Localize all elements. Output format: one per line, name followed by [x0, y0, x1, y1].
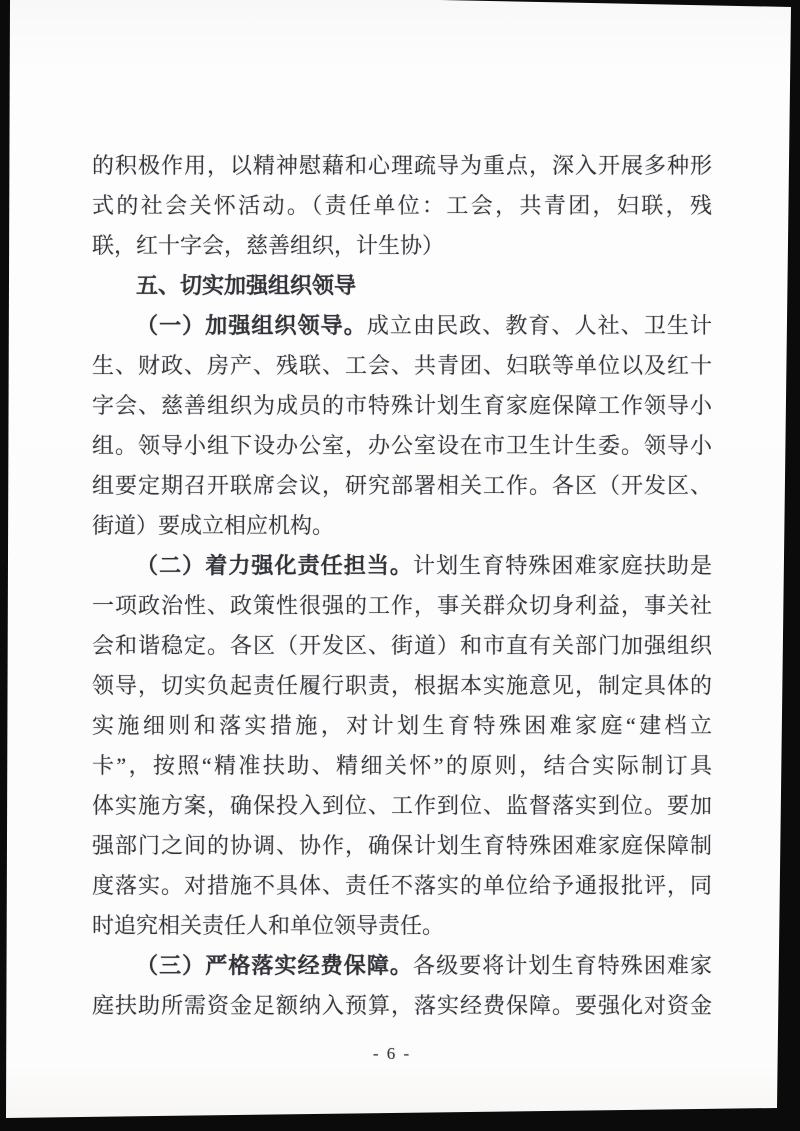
- doc-text: 实施细则和落实措施，对计划生育特殊困难家庭“建档立: [92, 713, 712, 738]
- doc-text: 度落实。对措施不具体、责任不落实的单位给予通报批评，同: [92, 873, 712, 898]
- doc-text: 生、财政、房产、残联、工会、共青团、妇联等单位以及红十: [92, 353, 712, 378]
- doc-line: 会和谐稳定。各区（开发区、街道）和市直有关部门加强组织: [92, 626, 712, 666]
- doc-line: 式的社会关怀活动。（责任单位：工会，共青团，妇联，残: [92, 186, 712, 226]
- doc-line: 度落实。对措施不具体、责任不落实的单位给予通报批评，同: [92, 866, 712, 906]
- doc-line: 街道）要成立相应机构。: [92, 506, 712, 546]
- doc-text: 卡”，按照“精准扶助、精细关怀”的原则，结合实际制订具: [92, 753, 712, 778]
- doc-text-emphasis: 五、切实加强组织领导: [136, 273, 356, 298]
- doc-text: 会和谐稳定。各区（开发区、街道）和市直有关部门加强组织: [92, 633, 712, 658]
- doc-text-emphasis: （二）着力强化责任担当。: [136, 553, 413, 578]
- doc-text: 组。领导小组下设办公室，办公室设在市卫生计生委。领导小: [92, 433, 712, 458]
- doc-text: 强部门之间的协调、协作，确保计划生育特殊困难家庭保障制: [92, 833, 712, 858]
- doc-text: 成立由民政、教育、人社、卫生计: [367, 313, 712, 338]
- doc-line: 领导，切实负起责任履行职责，根据本实施意见，制定具体的: [92, 666, 712, 706]
- doc-text: 一项政治性、政策性很强的工作，事关群众切身利益，事关社: [92, 593, 712, 618]
- doc-line: 实施细则和落实措施，对计划生育特殊困难家庭“建档立: [92, 706, 712, 746]
- doc-text: 庭扶助所需资金足额纳入预算，落实经费保障。要强化对资金: [92, 993, 712, 1018]
- doc-line: 字会、慈善组织为成员的市特殊计划生育家庭保障工作领导小: [92, 386, 712, 426]
- doc-line: 体实施方案，确保投入到位、工作到位、监督落实到位。要加: [92, 786, 712, 826]
- doc-text: 式的社会关怀活动。（责任单位：工会，共青团，妇联，残: [92, 193, 712, 218]
- doc-text: 计划生育特殊困难家庭扶助是: [413, 553, 712, 578]
- doc-text: 领导，切实负起责任履行职责，根据本实施意见，制定具体的: [92, 673, 712, 698]
- doc-text: 字会、慈善组织为成员的市特殊计划生育家庭保障工作领导小: [92, 393, 712, 418]
- doc-text: 街道）要成立相应机构。: [92, 513, 334, 538]
- doc-line: 联，红十字会，慈善组织，计生协）: [92, 226, 712, 266]
- doc-text: 组要定期召开联席会议，研究部署相关工作。各区（开发区、: [92, 473, 712, 498]
- doc-text: 联，红十字会，慈善组织，计生协）: [92, 233, 444, 258]
- doc-line: 时追究相关责任人和单位领导责任。: [92, 906, 712, 946]
- doc-line: 组。领导小组下设办公室，办公室设在市卫生计生委。领导小: [92, 426, 712, 466]
- doc-text-emphasis: （一）加强组织领导。: [136, 313, 367, 338]
- doc-line: 的积极作用，以精神慰藉和心理疏导为重点，深入开展多种形: [92, 146, 712, 186]
- doc-line: 强部门之间的协调、协作，确保计划生育特殊困难家庭保障制: [92, 826, 712, 866]
- doc-text-emphasis: （三）严格落实经费保障。: [136, 953, 413, 978]
- doc-text: 的积极作用，以精神慰藉和心理疏导为重点，深入开展多种形: [92, 153, 712, 178]
- document-lines: 的积极作用，以精神慰藉和心理疏导为重点，深入开展多种形式的社会关怀活动。（责任单…: [92, 146, 712, 1026]
- doc-line: （二）着力强化责任担当。计划生育特殊困难家庭扶助是: [92, 546, 712, 586]
- doc-text: 时追究相关责任人和单位领导责任。: [92, 913, 444, 938]
- doc-line: 生、财政、房产、残联、工会、共青团、妇联等单位以及红十: [92, 346, 712, 386]
- doc-line: 组要定期召开联席会议，研究部署相关工作。各区（开发区、: [92, 466, 712, 506]
- doc-line: （一）加强组织领导。成立由民政、教育、人社、卫生计: [92, 306, 712, 346]
- doc-line: 五、切实加强组织领导: [92, 266, 712, 306]
- doc-text: 各级要将计划生育特殊困难家: [413, 953, 712, 978]
- page-number: - 6 -: [0, 1044, 784, 1064]
- doc-line: 一项政治性、政策性很强的工作，事关群众切身利益，事关社: [92, 586, 712, 626]
- doc-line: 卡”，按照“精准扶助、精细关怀”的原则，结合实际制订具: [92, 746, 712, 786]
- doc-line: （三）严格落实经费保障。各级要将计划生育特殊困难家: [92, 946, 712, 986]
- doc-line: 庭扶助所需资金足额纳入预算，落实经费保障。要强化对资金: [92, 986, 712, 1026]
- doc-text: 体实施方案，确保投入到位、工作到位、监督落实到位。要加: [92, 793, 712, 818]
- document-page: 的积极作用，以精神慰藉和心理疏导为重点，深入开展多种形式的社会关怀活动。（责任单…: [0, 0, 800, 1131]
